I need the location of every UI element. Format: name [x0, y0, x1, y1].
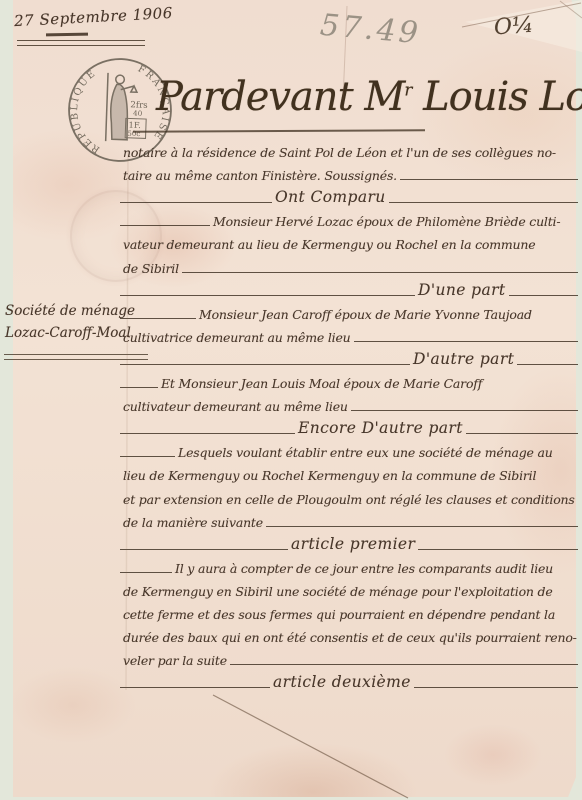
- ruled-filler-line: [400, 178, 578, 180]
- ruled-filler-line: [120, 386, 158, 388]
- document-line: de Kermenguy en Sibiril une société de m…: [120, 577, 578, 600]
- ruled-filler-line: [266, 525, 578, 527]
- document-line: Encore D'autre part: [120, 415, 578, 438]
- ruled-filler-line: [120, 363, 410, 365]
- stamp-denom-top2: 40: [133, 109, 143, 118]
- corner-notation: O¼: [493, 13, 534, 41]
- document-line: article deuxième: [120, 669, 578, 692]
- ruled-filler-line: [418, 548, 578, 550]
- document-line: lieu de Kermenguy ou Rochel Kermenguy en…: [120, 461, 578, 484]
- ruled-filler-line: [466, 432, 578, 434]
- ruled-filler-line: [120, 224, 210, 226]
- ruled-filler-line: [120, 548, 288, 550]
- document-line: Monsieur Jean Caroff époux de Marie Yvon…: [120, 300, 578, 323]
- ruled-filler-line: [354, 340, 578, 342]
- line-text: lieu de Kermenguy ou Rochel Kermenguy en…: [120, 468, 539, 483]
- line-text: article premier: [288, 535, 418, 553]
- line-text: veler par la suite: [120, 653, 230, 668]
- document-line: Il y aura à compter de ce jour entre les…: [120, 554, 578, 577]
- document-line: et par extension en celle de Plougoulm o…: [120, 484, 578, 507]
- ruled-filler-line: [182, 271, 578, 273]
- document-line: D'une part: [120, 277, 578, 300]
- line-text: cultivateur demeurant au même lieu: [120, 399, 351, 414]
- line-text: Ont Comparu: [272, 188, 389, 206]
- deed-title-part2: Louis Lozach: [411, 74, 582, 120]
- line-text: taire au même canton Finistère. Soussign…: [120, 168, 400, 183]
- document-line: Et Monsieur Jean Louis Moal époux de Mar…: [120, 369, 578, 392]
- ruled-filler-line: [389, 201, 578, 203]
- svg-text:RÉPUBLIQUE: RÉPUBLIQUE: [68, 67, 105, 155]
- ruled-filler-line: [120, 317, 196, 319]
- line-text: de la manière suivante: [120, 515, 266, 530]
- document-line: de la manière suivante: [120, 508, 578, 531]
- line-text: de Kermenguy en Sibiril une société de m…: [120, 584, 556, 599]
- document-line: durée des baux qui en ont été consentis …: [120, 623, 578, 646]
- line-text: Monsieur Jean Caroff époux de Marie Yvon…: [196, 307, 535, 322]
- document-line: notaire à la résidence de Saint Pol de L…: [120, 138, 578, 161]
- line-text: cette ferme et des sous fermes qui pourr…: [120, 607, 558, 622]
- line-text: Il y aura à compter de ce jour entre les…: [172, 561, 556, 576]
- ruled-filler-line: [120, 201, 272, 203]
- ruled-filler-line: [351, 409, 578, 411]
- ruled-filler-line: [230, 663, 578, 665]
- ruled-filler-line: [120, 455, 175, 457]
- document-line: Ont Comparu: [120, 184, 578, 207]
- document-line: D'autre part: [120, 346, 578, 369]
- line-text: Lesquels voulant établir entre eux une s…: [175, 445, 556, 460]
- scan-background: { "document": { "date_note": "27 Septemb…: [0, 0, 582, 800]
- line-text: vateur demeurant au lieu de Kermenguy ou…: [120, 237, 538, 252]
- stamp-arc-left-text: RÉPUBLIQUE: [68, 67, 105, 155]
- document-line: de Sibiril: [120, 253, 578, 276]
- line-text: notaire à la résidence de Saint Pol de L…: [120, 145, 559, 160]
- deed-title-part1: Pardevant M: [156, 74, 404, 120]
- document-line: veler par la suite: [120, 646, 578, 669]
- ruled-filler-line: [120, 432, 295, 434]
- stamp-denomination: 2frs 40 1F. 50c: [125, 100, 148, 138]
- document-line: Monsieur Hervé Lozac époux de Philomène …: [120, 207, 578, 230]
- ruled-filler-line: [509, 294, 578, 296]
- document-line: taire au même canton Finistère. Soussign…: [120, 161, 578, 184]
- document-line: Lesquels voulant établir entre eux une s…: [120, 438, 578, 461]
- deed-title: Pardevant Mr Louis Lozach: [156, 74, 582, 120]
- line-text: D'une part: [415, 281, 509, 299]
- ruled-filler-line: [517, 363, 578, 365]
- document-line: cultivateur demeurant au même lieu: [120, 392, 578, 415]
- line-text: durée des baux qui en ont été consentis …: [120, 630, 578, 645]
- line-text: Monsieur Hervé Lozac époux de Philomène …: [210, 214, 563, 229]
- ruled-filler-line: [120, 571, 172, 573]
- ruled-filler-line: [120, 686, 270, 688]
- ruled-filler-line: [120, 294, 415, 296]
- document-line: vateur demeurant au lieu de Kermenguy ou…: [120, 230, 578, 253]
- document-line: cette ferme et des sous fermes qui pourr…: [120, 600, 578, 623]
- line-text: cultivatrice demeurant au même lieu: [120, 330, 354, 345]
- document-line: article premier: [120, 531, 578, 554]
- document-body: notaire à la résidence de Saint Pol de L…: [120, 138, 578, 692]
- line-text: D'autre part: [410, 350, 517, 368]
- document-line: cultivatrice demeurant au même lieu: [120, 323, 578, 346]
- line-text: article deuxième: [270, 673, 414, 691]
- line-text: de Sibiril: [120, 261, 182, 276]
- line-text: et par extension en celle de Plougoulm o…: [120, 492, 578, 507]
- line-text: Encore D'autre part: [295, 419, 466, 437]
- ruled-filler-line: [414, 686, 578, 688]
- line-text: Et Monsieur Jean Louis Moal époux de Mar…: [158, 376, 485, 391]
- date-double-rule: [17, 40, 145, 46]
